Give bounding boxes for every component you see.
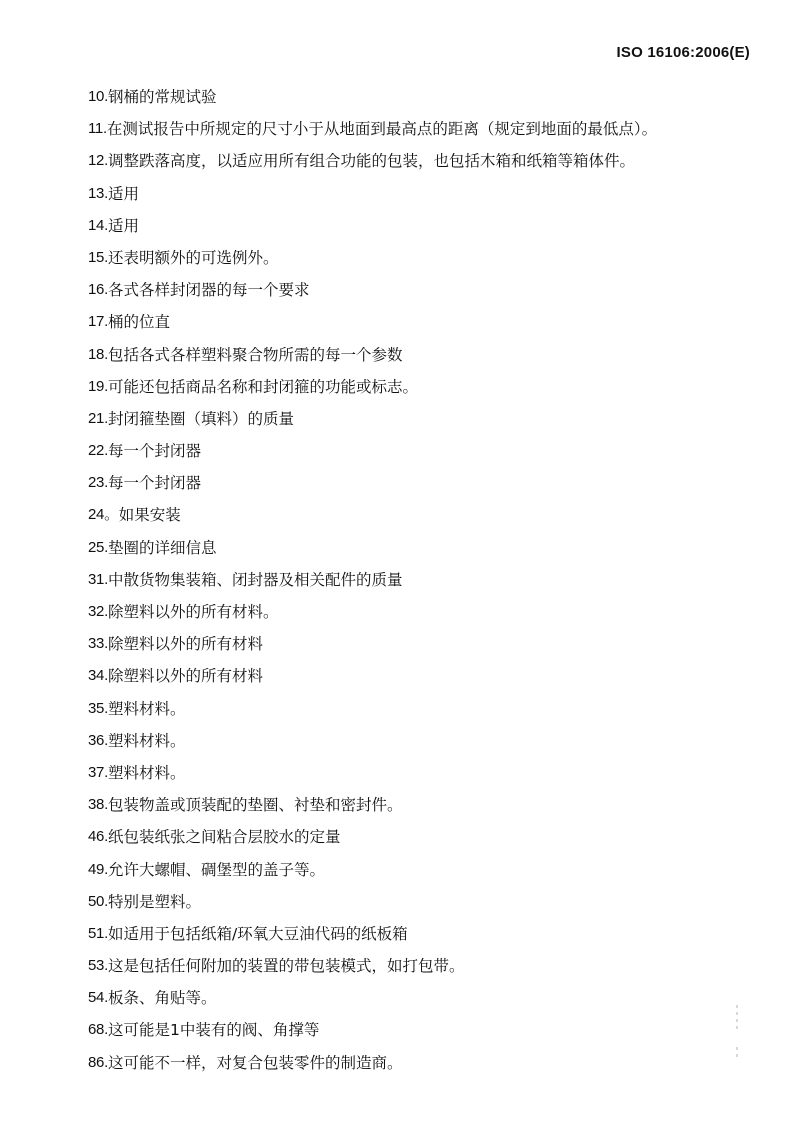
- note-text: 塑料材料。: [108, 696, 186, 722]
- note-item: 24。如果安装: [88, 502, 760, 534]
- note-text: 如适用于包括纸箱/环氧大豆油代码的纸板箱: [108, 921, 408, 947]
- note-item: 36.塑料材料。: [88, 728, 760, 760]
- note-item: 86.这可能不一样，对复合包装零件的制造商。: [88, 1050, 760, 1082]
- note-item: 38.包装物盖或顶装配的垫圈、衬垫和密封件。: [88, 792, 760, 824]
- note-text: 包括各式各样塑料聚合物所需的每一个参数: [108, 342, 403, 368]
- note-text: 包装物盖或顶装配的垫圈、衬垫和密封件。: [108, 792, 403, 818]
- note-number: 23.: [88, 470, 108, 496]
- note-text: 这可能不一样，对复合包装零件的制造商。: [108, 1050, 403, 1076]
- note-text: 纸包装纸张之间粘合层胶水的定量: [108, 824, 341, 850]
- note-number: 33.: [88, 631, 108, 657]
- note-item: 21.封闭箍垫圈（填料）的质量: [88, 406, 760, 438]
- note-item: 46.纸包装纸张之间粘合层胶水的定量: [88, 824, 760, 856]
- note-text: 塑料材料。: [108, 728, 186, 754]
- note-text: 还表明额外的可选例外。: [108, 245, 279, 271]
- note-number: 86.: [88, 1050, 108, 1076]
- note-text: 这是包括任何附加的装置的带包装模式，如打包带。: [108, 953, 465, 979]
- note-number: 36.: [88, 728, 108, 754]
- note-item: 12.调整跌落高度，以适应用所有组合功能的包装，也包括木箱和纸箱等箱体件。: [88, 148, 760, 180]
- note-item: 51.如适用于包括纸箱/环氧大豆油代码的纸板箱: [88, 921, 760, 953]
- note-item: 23.每一个封闭器: [88, 470, 760, 502]
- note-number: 16.: [88, 277, 108, 303]
- note-item: 14.适用: [88, 213, 760, 245]
- notes-list: 10.钢桶的常规试验 11.在测试报告中所规定的尺寸小于从地面到最高点的距离（规…: [88, 84, 760, 1082]
- note-number: 22.: [88, 438, 108, 464]
- note-text: 各式各样封闭器的每一个要求: [108, 277, 310, 303]
- note-text: 除塑料以外的所有材料: [108, 631, 263, 657]
- note-number: 49.: [88, 857, 108, 883]
- note-item: 32.除塑料以外的所有材料。: [88, 599, 760, 631]
- note-text: 除塑料以外的所有材料: [108, 663, 263, 689]
- note-text: 适用: [108, 181, 139, 207]
- note-item: 37.塑料材料。: [88, 760, 760, 792]
- note-item: 10.钢桶的常规试验: [88, 84, 760, 116]
- note-item: 22.每一个封闭器: [88, 438, 760, 470]
- note-number: 24。: [88, 502, 119, 528]
- note-number: 11.: [88, 116, 107, 142]
- note-item: 50.特别是塑料。: [88, 889, 760, 921]
- note-number: 25.: [88, 535, 108, 561]
- note-item: 33.除塑料以外的所有材料: [88, 631, 760, 663]
- note-number: 53.: [88, 953, 108, 979]
- note-number: 13.: [88, 181, 108, 207]
- note-item: 16.各式各样封闭器的每一个要求: [88, 277, 760, 309]
- note-number: 37.: [88, 760, 108, 786]
- note-text: 桶的位直: [108, 309, 170, 335]
- note-item: 15.还表明额外的可选例外。: [88, 245, 760, 277]
- note-text: 调整跌落高度，以适应用所有组合功能的包装，也包括木箱和纸箱等箱体件。: [108, 148, 635, 174]
- note-text: 在测试报告中所规定的尺寸小于从地面到最高点的距离（规定到地面的最低点）。: [107, 116, 657, 142]
- note-number: 10.: [88, 84, 108, 110]
- note-number: 15.: [88, 245, 108, 271]
- note-number: 12.: [88, 148, 108, 174]
- note-number: 54.: [88, 985, 108, 1011]
- note-text: 封闭箍垫圈（填料）的质量: [108, 406, 294, 432]
- note-item: 35.塑料材料。: [88, 696, 760, 728]
- note-number: 32.: [88, 599, 108, 625]
- note-item: 68.这可能是1中装有的阀、角撑等: [88, 1017, 760, 1049]
- note-item: 25.垫圈的详细信息: [88, 535, 760, 567]
- note-number: 31.: [88, 567, 108, 593]
- note-text: 钢桶的常规试验: [108, 84, 217, 110]
- note-item: 31.中散货物集装箱、闭封器及相关配件的质量: [88, 567, 760, 599]
- note-text: 除塑料以外的所有材料。: [108, 599, 279, 625]
- note-number: 51.: [88, 921, 108, 947]
- note-number: 17.: [88, 309, 108, 335]
- note-number: 34.: [88, 663, 108, 689]
- note-number: 38.: [88, 792, 108, 818]
- note-item: 18.包括各式各样塑料聚合物所需的每一个参数: [88, 342, 760, 374]
- note-text: 塑料材料。: [108, 760, 186, 786]
- note-text: 每一个封闭器: [108, 438, 201, 464]
- note-item: 17.桶的位直: [88, 309, 760, 341]
- note-item: 54.板条、角贴等。: [88, 985, 760, 1017]
- scan-artifact-marks: [736, 1005, 738, 1060]
- note-item: 34.除塑料以外的所有材料: [88, 663, 760, 695]
- note-number: 68.: [88, 1017, 108, 1043]
- note-item: 13.适用: [88, 181, 760, 213]
- note-text: 适用: [108, 213, 139, 239]
- note-number: 18.: [88, 342, 108, 368]
- note-item: 49.允许大螺帽、碉堡型的盖子等。: [88, 857, 760, 889]
- note-item: 53.这是包括任何附加的装置的带包装模式，如打包带。: [88, 953, 760, 985]
- note-number: 19.: [88, 374, 108, 400]
- note-text: 允许大螺帽、碉堡型的盖子等。: [108, 857, 325, 883]
- note-text: 可能还包括商品名称和封闭箍的功能或标志。: [108, 374, 418, 400]
- note-text: 如果安装: [119, 502, 181, 528]
- note-number: 50.: [88, 889, 108, 915]
- note-text: 板条、角贴等。: [108, 985, 217, 1011]
- note-number: 46.: [88, 824, 108, 850]
- note-text: 每一个封闭器: [108, 470, 201, 496]
- note-number: 21.: [88, 406, 108, 432]
- note-item: 11.在测试报告中所规定的尺寸小于从地面到最高点的距离（规定到地面的最低点）。: [88, 116, 760, 148]
- note-text: 这可能是1中装有的阀、角撑等: [108, 1017, 319, 1043]
- note-text: 特别是塑料。: [108, 889, 201, 915]
- note-number: 35.: [88, 696, 108, 722]
- note-item: 19.可能还包括商品名称和封闭箍的功能或标志。: [88, 374, 760, 406]
- note-text: 中散货物集装箱、闭封器及相关配件的质量: [108, 567, 403, 593]
- note-text: 垫圈的详细信息: [108, 535, 217, 561]
- note-number: 14.: [88, 213, 108, 239]
- standard-code: ISO 16106:2006(E): [617, 44, 750, 61]
